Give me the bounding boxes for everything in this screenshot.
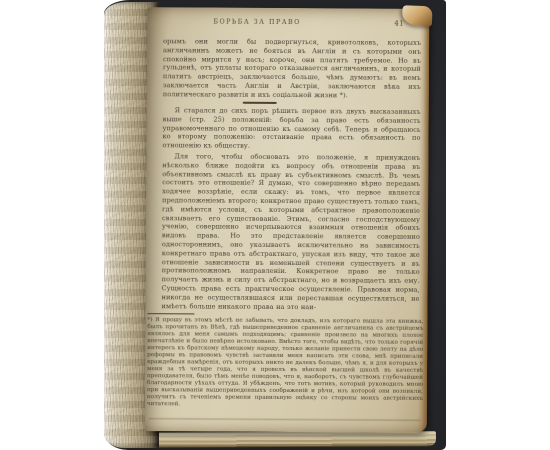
paragraph-3: Для того, чтобы обосновать это положеніе… — [161, 152, 420, 312]
page-number: 41 — [394, 20, 404, 28]
footnote-rule — [147, 314, 194, 315]
bottom-page-crease — [149, 418, 421, 421]
book-photo: БОРЬБА ЗА ПРАВО 41 орымъ они могли бы по… — [104, 0, 446, 450]
footnote: *) Я прошу въ этомъ мѣстѣ не забывать, ч… — [147, 318, 424, 411]
running-header: БОРЬБА ЗА ПРАВО 41 — [147, 18, 429, 30]
body-text: орымъ они могли бы подвергнуться, кривот… — [161, 37, 421, 410]
paragraph-2: Я старался до сихъ поръ рѣшить первое из… — [162, 106, 420, 152]
paragraph-continuation: орымъ они могли бы подвергнуться, кривот… — [163, 37, 421, 100]
section-divider-rule — [243, 102, 277, 104]
running-header-title: БОРЬБА ЗА ПРАВО — [213, 19, 301, 27]
bottom-page-edges — [132, 431, 436, 448]
book-page: БОРЬБА ЗА ПРАВО 41 орымъ они могли бы по… — [145, 7, 430, 433]
